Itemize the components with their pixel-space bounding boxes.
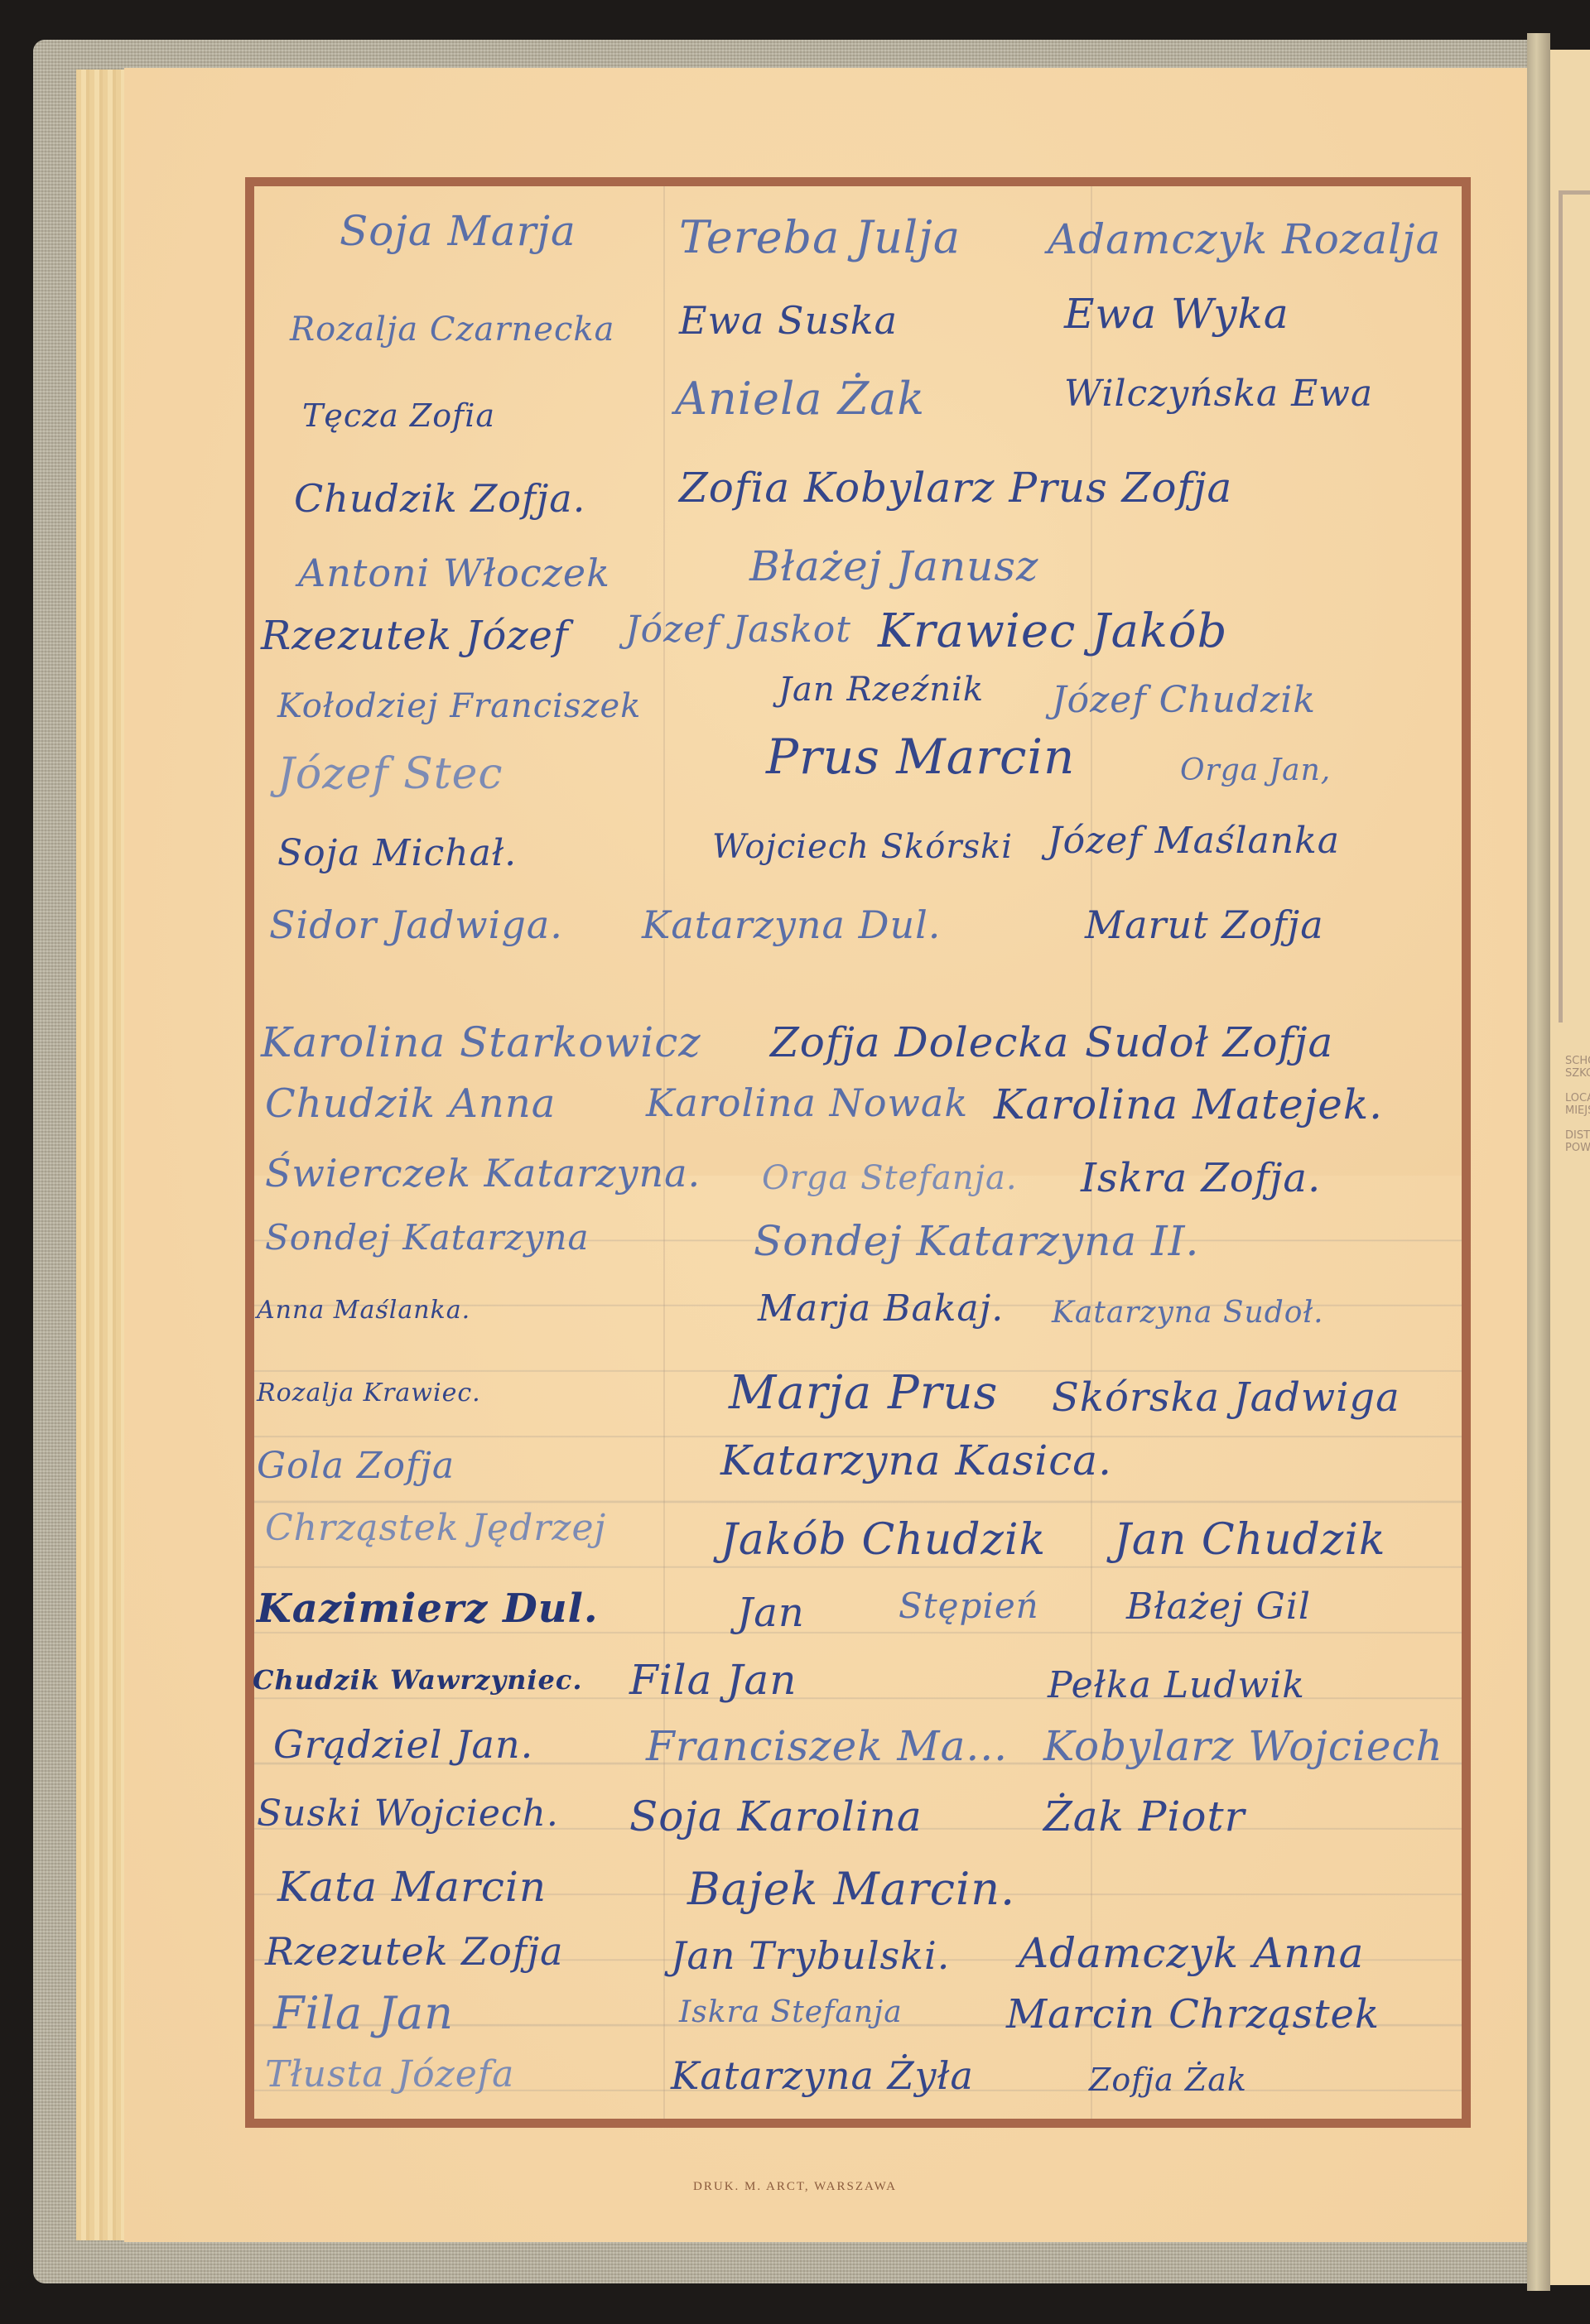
handwritten-signature: Chudzik Wawrzyniec. <box>253 1664 582 1696</box>
handwritten-signature: Zofja Żak <box>1089 2062 1247 2098</box>
handwritten-signature: Rzezutek Zofja <box>265 1929 564 1974</box>
next-page-label: MIEJSCOWOŚĆ <box>1565 1105 1590 1117</box>
handwritten-signature: Rozalja Krawiec. <box>257 1379 481 1407</box>
handwritten-signature: Fila Jan <box>273 1987 454 2039</box>
handwritten-signature: Sidor Jadwiga. <box>269 902 563 947</box>
handwritten-signature: Jan Rzeźnik <box>778 671 984 709</box>
handwritten-signature: Franciszek Ma... <box>646 1722 1008 1770</box>
handwritten-signature: Józef Jaskot <box>625 609 851 651</box>
handwritten-signature: Ewa Wyka <box>1064 290 1289 338</box>
handwritten-signature: Orga Stefanja. <box>762 1159 1018 1197</box>
handwritten-signature: Krawiec Jakób <box>878 604 1227 658</box>
handwritten-signature: Iskra Zofja. <box>1081 1155 1321 1201</box>
handwritten-signature: Sondej Katarzyna <box>265 1217 590 1258</box>
handwritten-signature: Błażej Janusz <box>749 542 1038 590</box>
handwritten-signature: Rozalja Czarnecka <box>290 310 614 349</box>
handwritten-signature: Jan <box>737 1590 805 1636</box>
handwritten-signature: Marja Bakaj. <box>758 1287 1004 1330</box>
handwritten-signature: Marcin Chrząstek <box>1006 1991 1380 2038</box>
handwritten-signature: Chudzik Anna <box>265 1080 556 1127</box>
handwritten-signature: Bajek Marcin. <box>687 1863 1015 1915</box>
handwritten-signature: Chudzik Zofja. <box>294 476 585 521</box>
handwritten-signature: Pełka Ludwik <box>1048 1664 1305 1706</box>
handwritten-signature: Chrząstek Jędrzej <box>265 1507 606 1549</box>
handwritten-signature: Marja Prus <box>729 1366 998 1420</box>
handwritten-signature: Wilczyńska Ewa <box>1064 373 1373 415</box>
handwritten-signature: Kobylarz Wojciech <box>1043 1722 1443 1770</box>
handwritten-signature: Soja Michał. <box>277 832 517 874</box>
handwritten-signature: Jan Trybulski. <box>671 1933 950 1978</box>
handwritten-signature: Katarzyna Sudoł. <box>1052 1296 1324 1330</box>
next-page-label: LOCALITY <box>1565 1093 1590 1104</box>
handwritten-signature: Tłusta Józefa <box>265 2053 514 2095</box>
handwritten-signature: Kazimierz Dul. <box>257 1585 599 1632</box>
book-gutter <box>1527 33 1550 2291</box>
handwritten-signature: Karolina Nowak <box>646 1080 968 1125</box>
decorative-pattern-icon <box>1559 190 1590 1022</box>
handwritten-signature: Tereba Julja <box>679 211 961 263</box>
next-page-label: SZKOŁA <box>1565 1068 1590 1080</box>
handwritten-signature: Soja Marja <box>340 207 576 255</box>
handwritten-signature: Błażej Gil <box>1126 1585 1311 1628</box>
handwritten-signature: Józef Chudzik <box>1052 679 1316 721</box>
next-page-label: SCHOOL <box>1565 1056 1590 1067</box>
handwritten-signature: Zofja Dolecka <box>770 1018 1069 1066</box>
handwritten-signature: Kołodziej Franciszek <box>277 687 641 725</box>
handwritten-signature: Aniela Żak <box>675 373 925 425</box>
handwritten-signature: Katarzyna Kasica. <box>720 1436 1112 1484</box>
handwritten-signature: Sudoł Zofja <box>1085 1018 1333 1066</box>
printer-imprint: DRUK. M. ARCT, WARSZAWA <box>0 2180 1590 2194</box>
next-page-label: POWIAT <box>1565 1143 1590 1154</box>
handwritten-signature: Fila Jan <box>629 1656 797 1704</box>
handwritten-signature: Iskra Stefanja <box>679 1995 903 2029</box>
handwritten-signature: Józef Stec <box>277 749 503 799</box>
handwritten-signature: Karolina Starkowicz <box>261 1018 701 1066</box>
handwritten-signature: Orga Jan, <box>1180 753 1331 787</box>
handwritten-signature: Rzezutek Józef <box>261 613 569 659</box>
handwritten-signature: Jakób Chudzik <box>720 1515 1046 1565</box>
handwritten-signature: Jan Chudzik <box>1114 1515 1385 1565</box>
handwritten-signature: Karolina Matejek. <box>994 1080 1383 1128</box>
handwritten-signature: Świerczek Katarzyna. <box>265 1151 701 1196</box>
handwritten-signature: Katarzyna Żyła <box>671 2053 974 2098</box>
next-page-label: DISTRICT <box>1565 1130 1590 1142</box>
handwritten-signature: Wojciech Skórski <box>712 828 1013 866</box>
adjacent-page: SCHOOL SZKOŁA LOCALITY MIEJSCOWOŚĆ DISTR… <box>1550 50 1590 2285</box>
handwritten-signature: Józef Maślanka <box>1048 820 1340 862</box>
handwritten-signature: Stępień <box>899 1585 1039 1626</box>
handwritten-signature: Anna Maślanka. <box>257 1296 470 1325</box>
handwritten-signature: Suski Wojciech. <box>257 1792 559 1835</box>
handwritten-signature: Adamczyk Anna <box>1019 1929 1364 1977</box>
handwritten-signature: Ewa Suska <box>679 298 898 343</box>
handwritten-signature: Sondej Katarzyna II. <box>754 1217 1199 1265</box>
handwritten-signature: Kata Marcin <box>277 1863 547 1911</box>
handwritten-signature: Grądziel Jan. <box>273 1722 533 1767</box>
handwritten-signature: Adamczyk Rozalja <box>1048 215 1441 263</box>
handwritten-signature: Katarzyna Dul. <box>642 902 941 947</box>
handwritten-signature: Zofia Kobylarz Prus Zofja <box>679 464 1232 512</box>
handwritten-signature: Soja Karolina <box>629 1792 923 1840</box>
handwritten-signature: Tęcza Zofia <box>302 397 495 434</box>
handwritten-signature: Skórska Jadwiga <box>1052 1374 1400 1421</box>
handwritten-signature: Prus Marcin <box>766 729 1075 785</box>
handwritten-signature: Marut Zofja <box>1085 902 1324 947</box>
handwritten-signature: Antoni Włoczek <box>298 551 610 595</box>
handwritten-signature: Gola Zofja <box>257 1445 455 1487</box>
handwritten-signature: Żak Piotr <box>1043 1792 1245 1840</box>
